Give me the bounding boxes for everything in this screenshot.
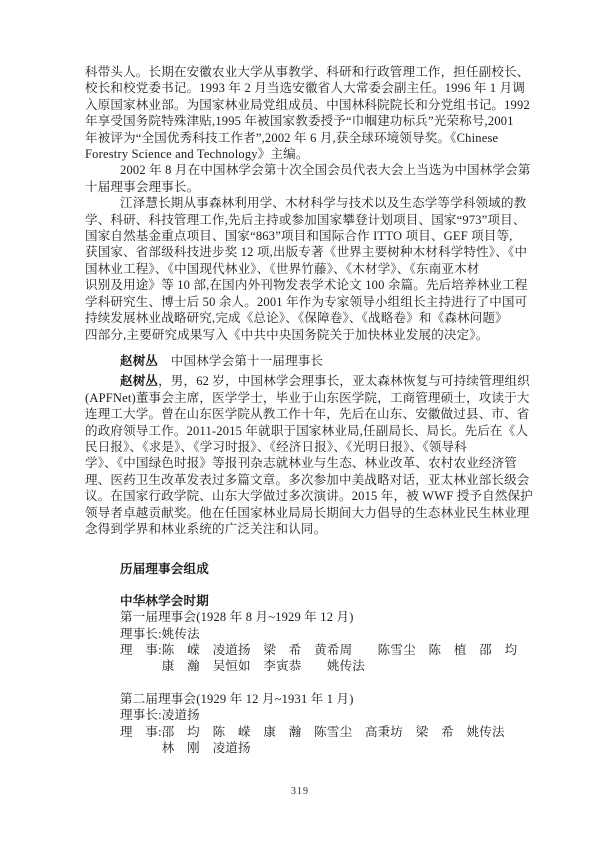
- zhao-heading-title: 中国林学会第十一届理事长: [171, 354, 323, 368]
- zhao-bio-paragraph: 赵树丛，男，62 岁，中国林学会理事长，亚太森林恢复与可持续管理组织 (APFN…: [85, 373, 547, 537]
- council-term-1-members-label: 理 事:: [120, 642, 162, 658]
- zhao-bio-text: ，男，62 岁，中国林学会理事长，亚太森林恢复与可持续管理组织 (APFNet)…: [85, 374, 533, 536]
- text-column: 科带头人。长期在安徽农业大学从事教学、科研和行政管理工作，担任副校长、 校长和校…: [85, 64, 547, 756]
- council-term-2: 第二届理事会(1929 年 12 月~1931 年 1 月) 理事长:凌道扬 理…: [120, 691, 547, 757]
- council-history-title: 历届理事会组成: [120, 561, 547, 577]
- zhao-heading-gap: [158, 354, 171, 368]
- council-history-section: 历届理事会组成 中华林学会时期 第一届理事会(1928 年 8 月~1929 年…: [85, 561, 547, 756]
- council-term-1-chairman: 理事长:姚传法: [120, 626, 547, 642]
- council-term-1: 第一届理事会(1928 年 8 月~1929 年 12 月) 理事长:姚传法 理…: [120, 609, 547, 675]
- jiang-bio-continuation-paragraph: 科带头人。长期在安徽农业大学从事教学、科研和行政管理工作，担任副校长、 校长和校…: [85, 64, 547, 162]
- league-period-title: 中华林学会时期: [120, 593, 547, 609]
- zhao-heading-name: 赵树丛: [120, 354, 158, 368]
- jiang-election-paragraph: 2002 年 8 月在中国林学会第十次全国会员代表大会上当选为中国林学会第 十届…: [85, 162, 547, 195]
- zhao-bio-lead-name: 赵树丛: [120, 374, 158, 388]
- council-term-2-members-label: 理 事:: [120, 724, 162, 740]
- council-term-2-dates: 第二届理事会(1929 年 12 月~1931 年 1 月): [120, 691, 547, 707]
- council-term-1-members-row: 理 事: 陈 嵘 凌道扬 梁 希 黄希周 陈雪尘 陈 植 邵 均 康 瀚 吴恒如…: [120, 642, 547, 675]
- council-term-1-dates: 第一届理事会(1928 年 8 月~1929 年 12 月): [120, 609, 547, 625]
- jiang-career-paragraph: 江泽慧长期从事森林利用学、木材科学与技术以及生态学等学科领域的教 学、科研、科技…: [85, 195, 547, 343]
- council-term-1-members-names: 陈 嵘 凌道扬 梁 希 黄希周 陈雪尘 陈 植 邵 均 康 瀚 吴恒如 李寅恭 …: [162, 642, 518, 675]
- council-term-2-members-names: 邵 均 陈 嵘 康 瀚 陈雪尘 高秉坊 梁 希 姚传法 林 刚 凌道扬: [162, 724, 505, 757]
- zhao-section-heading: 赵树丛 中国林学会第十一届理事长: [85, 353, 547, 369]
- page-number: 319: [0, 786, 600, 797]
- council-term-2-chairman: 理事长:凌道扬: [120, 707, 547, 723]
- document-page: 科带头人。长期在安徽农业大学从事教学、科研和行政管理工作，担任副校长、 校长和校…: [0, 0, 600, 848]
- council-term-2-members-row: 理 事: 邵 均 陈 嵘 康 瀚 陈雪尘 高秉坊 梁 希 姚传法 林 刚 凌道扬: [120, 724, 547, 757]
